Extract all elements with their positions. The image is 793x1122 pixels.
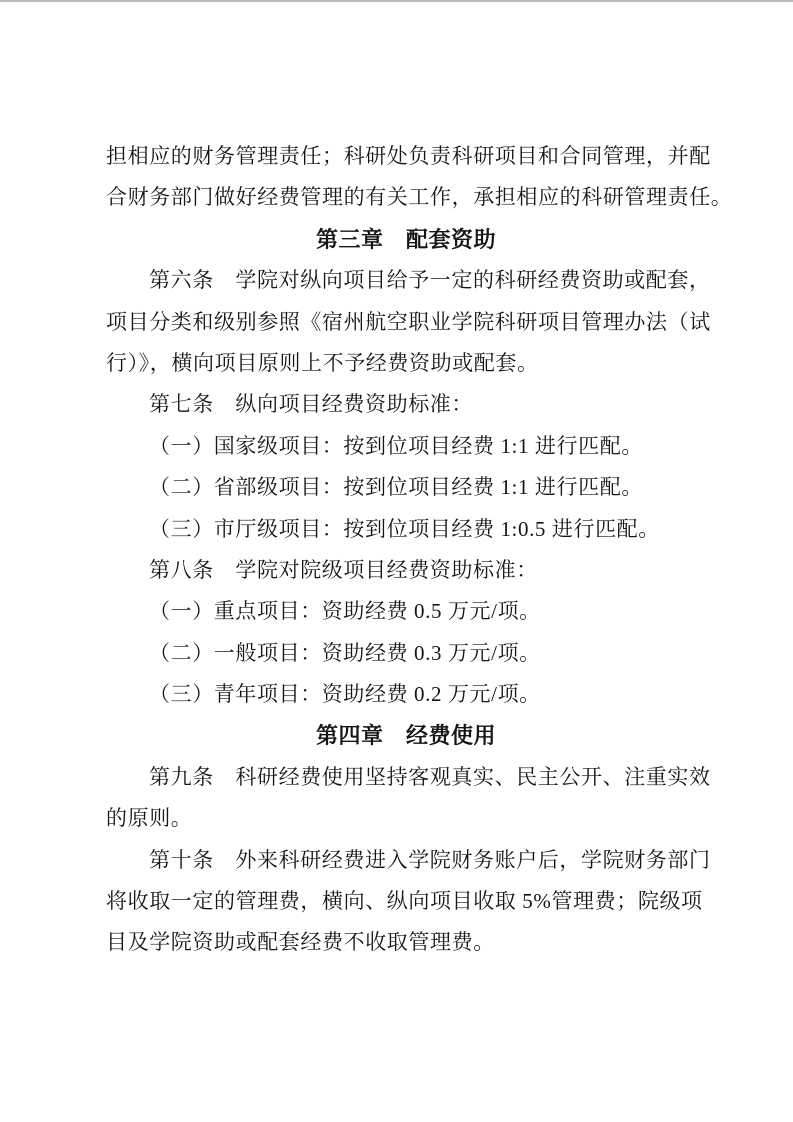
- text-line: （二）省部级项目：按到位项目经费 1:1 进行匹配。: [106, 467, 706, 508]
- text-line: 第六条 学院对纵向项目给予一定的科研经费资助或配套，: [106, 260, 706, 301]
- document-body: 担相应的财务管理责任；科研处负责科研项目和合同管理，并配合财务部门做好经费管理的…: [106, 136, 706, 964]
- text-line: 第十条 外来科研经费进入学院财务账户后，学院财务部门: [106, 840, 706, 881]
- text-line: 合财务部门做好经费管理的有关工作，承担相应的科研管理责任。: [106, 177, 706, 218]
- text-line: 项目分类和级别参照《宿州航空职业学院科研项目管理办法（试: [106, 302, 706, 343]
- text-line: （三）市厅级项目：按到位项目经费 1:0.5 进行匹配。: [106, 509, 706, 550]
- text-line: 目及学院资助或配套经费不收取管理费。: [106, 922, 706, 963]
- text-line: （一）国家级项目：按到位项目经费 1:1 进行匹配。: [106, 426, 706, 467]
- page-top-edge: [0, 0, 793, 2]
- text-line: （三）青年项目：资助经费 0.2 万元/项。: [106, 674, 706, 715]
- chapter-heading: 第三章 配套资助: [106, 219, 706, 260]
- text-line: （二）一般项目：资助经费 0.3 万元/项。: [106, 633, 706, 674]
- text-line: 将收取一定的管理费，横向、纵向项目收取 5%管理费；院级项: [106, 881, 706, 922]
- text-line: 第七条 纵向项目经费资助标准：: [106, 384, 706, 425]
- chapter-heading: 第四章 经费使用: [106, 715, 706, 756]
- text-line: 第九条 科研经费使用坚持客观真实、民主公开、注重实效: [106, 757, 706, 798]
- page: 担相应的财务管理责任；科研处负责科研项目和合同管理，并配合财务部门做好经费管理的…: [0, 0, 793, 1122]
- text-line: 第八条 学院对院级项目经费资助标准：: [106, 550, 706, 591]
- text-line: 行）》，横向项目原则上不予经费资助或配套。: [106, 343, 706, 384]
- text-line: 的原则。: [106, 798, 706, 839]
- text-line: 担相应的财务管理责任；科研处负责科研项目和合同管理，并配: [106, 136, 706, 177]
- text-line: （一）重点项目：资助经费 0.5 万元/项。: [106, 591, 706, 632]
